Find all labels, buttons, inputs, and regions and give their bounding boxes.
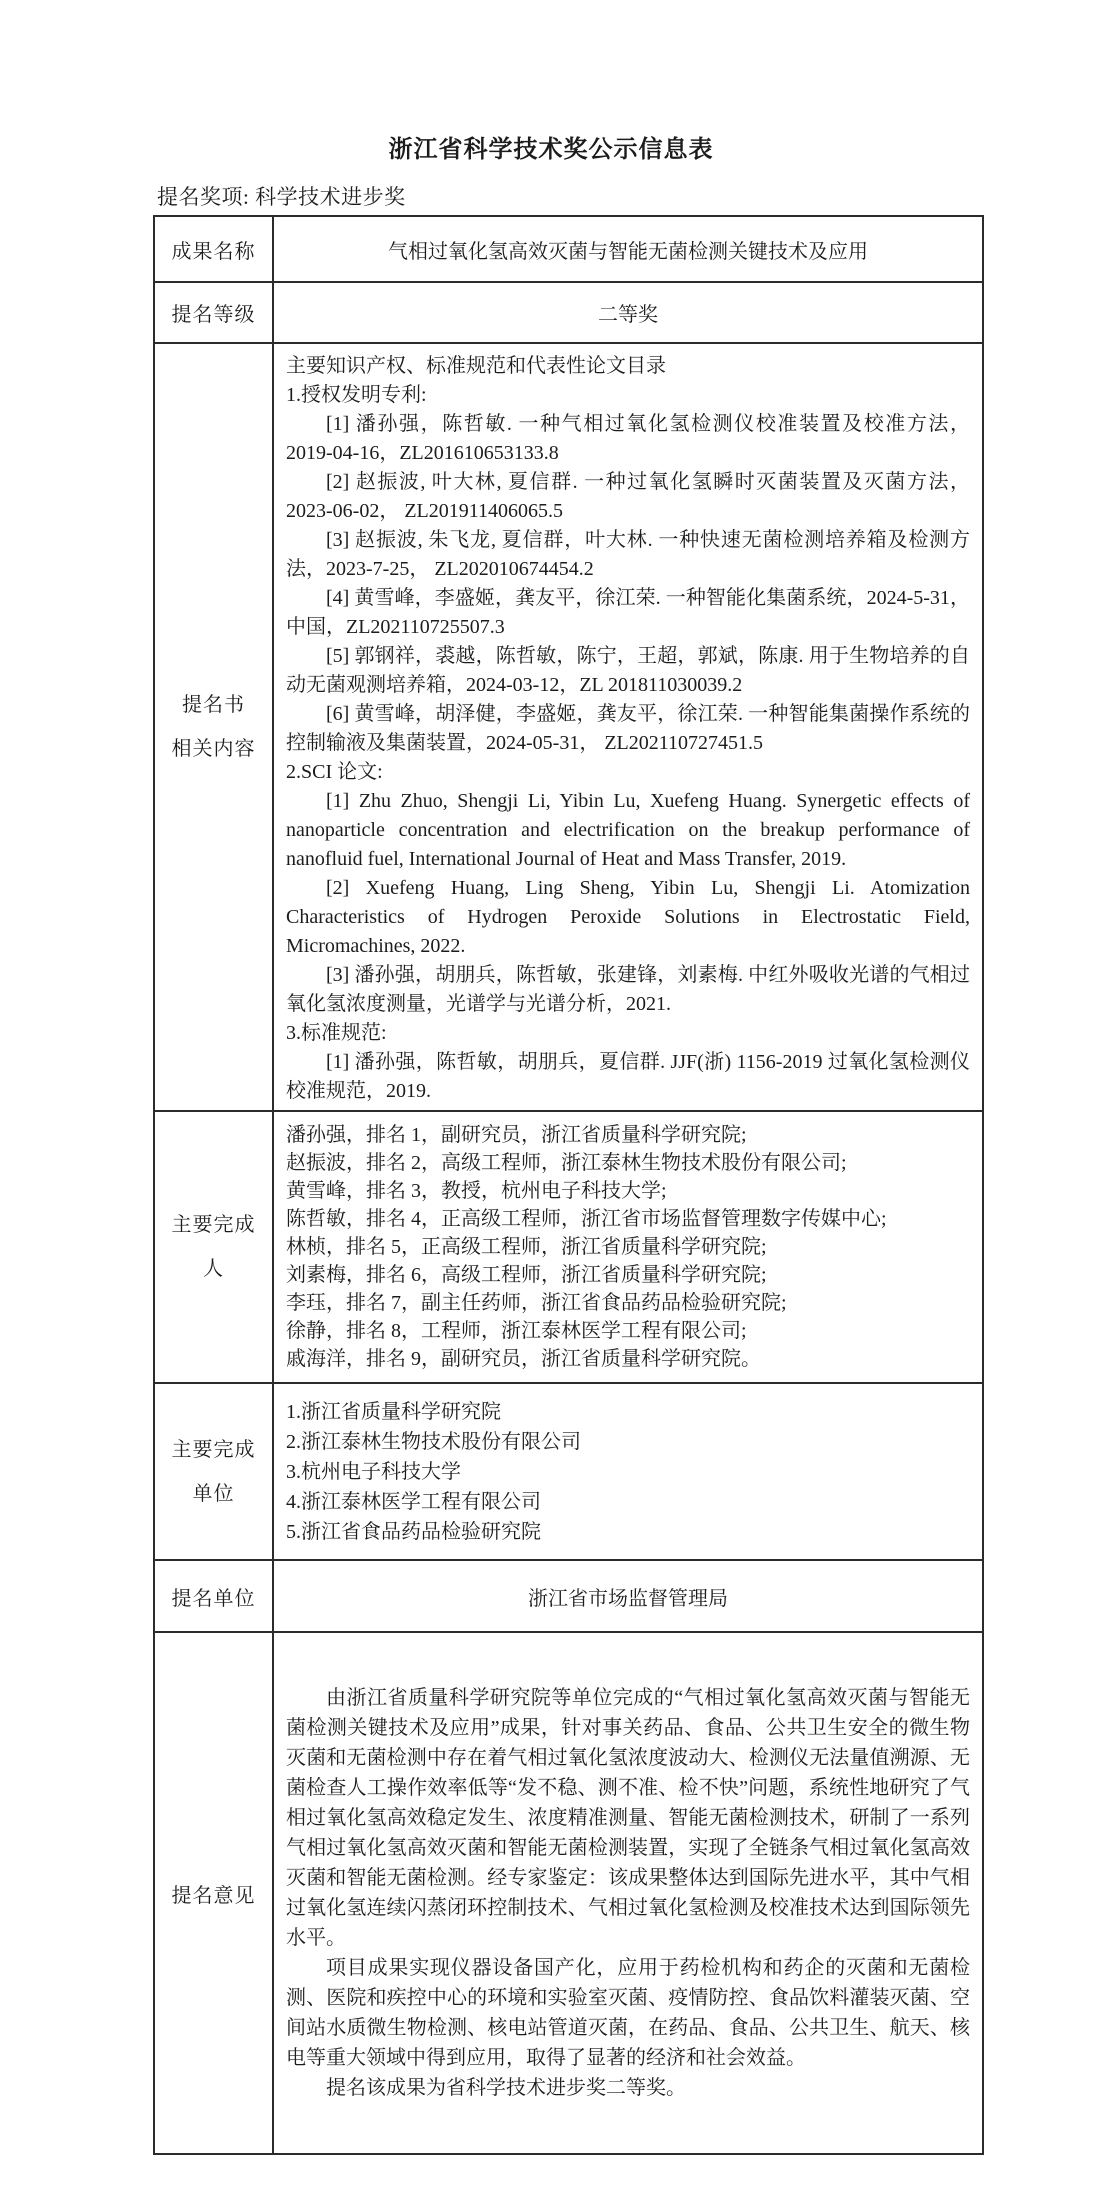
contributor-list: 潘孙强，排名 1，副研究员，浙江省质量科学研究院;赵振波，排名 2，高级工程师，…	[286, 1121, 970, 1373]
nomination-content-label-line2: 相关内容	[157, 727, 270, 771]
contributors-label-line1: 主要完成	[157, 1203, 270, 1247]
patent-item: [1] 潘孙强，陈哲敏. 一种气相过氧化氢检测仪校准装置及校准方法，2019-0…	[286, 410, 970, 468]
unit-item: 4.浙江泰林医学工程有限公司	[286, 1487, 970, 1517]
contributor-item: 黄雪峰，排名 3，教授，杭州电子科技大学;	[286, 1177, 970, 1205]
grade-label: 提名等级	[154, 282, 273, 343]
table-row-grade: 提名等级 二等奖	[154, 282, 983, 343]
units-label-line1: 主要完成	[157, 1428, 270, 1472]
contributors-label: 主要完成 人	[154, 1111, 273, 1383]
standard-section-title: 3.标准规范:	[286, 1019, 970, 1048]
grade-value: 二等奖	[273, 282, 983, 343]
sci-paper-item: [1] Zhu Zhuo, Shengji Li, Yibin Lu, Xuef…	[286, 787, 970, 874]
page-title: 浙江省科学技术奖公示信息表	[0, 0, 1102, 164]
opinion-paragraph: 由浙江省质量科学研究院等单位完成的“气相过氧化氢高效灭菌与智能无菌检测关键技术及…	[286, 1683, 970, 1953]
document-sheet: 浙江省科学技术奖公示信息表 提名奖项: 科学技术进步奖 成果名称 气相过氧化氢高…	[0, 0, 1102, 2187]
unit-list: 1.浙江省质量科学研究院2.浙江泰林生物技术股份有限公司3.杭州电子科技大学4.…	[286, 1397, 970, 1547]
contributor-item: 潘孙强，排名 1，副研究员，浙江省质量科学研究院;	[286, 1121, 970, 1149]
patent-list: [1] 潘孙强，陈哲敏. 一种气相过氧化氢检测仪校准装置及校准方法，2019-0…	[286, 410, 970, 758]
nomination-content-label: 提名书 相关内容	[154, 343, 273, 1111]
achievement-label: 成果名称	[154, 216, 273, 282]
patent-item: [6] 黄雪峰，胡泽健，李盛姬，龚友平，徐江荣. 一种智能集菌操作系统的控制输液…	[286, 700, 970, 758]
table-row-opinion: 提名意见 由浙江省质量科学研究院等单位完成的“气相过氧化氢高效灭菌与智能无菌检测…	[154, 1632, 983, 2154]
opinion-label: 提名意见	[154, 1632, 273, 2154]
table-row-units: 主要完成 单位 1.浙江省质量科学研究院2.浙江泰林生物技术股份有限公司3.杭州…	[154, 1383, 983, 1560]
standard-list: [1] 潘孙强，陈哲敏，胡朋兵，夏信群. JJF(浙) 1156-2019 过氧…	[286, 1048, 970, 1106]
table-row-achievement: 成果名称 气相过氧化氢高效灭菌与智能无菌检测关键技术及应用	[154, 216, 983, 282]
opinion-cell: 由浙江省质量科学研究院等单位完成的“气相过氧化氢高效灭菌与智能无菌检测关键技术及…	[273, 1632, 983, 2154]
table-row-contributors: 主要完成 人 潘孙强，排名 1，副研究员，浙江省质量科学研究院;赵振波，排名 2…	[154, 1111, 983, 1383]
unit-item: 5.浙江省食品药品检验研究院	[286, 1517, 970, 1547]
contributor-item: 戚海洋，排名 9，副研究员，浙江省质量科学研究院。	[286, 1345, 970, 1373]
contributor-item: 徐静，排名 8，工程师，浙江泰林医学工程有限公司;	[286, 1317, 970, 1345]
patent-item: [2] 赵振波, 叶大林, 夏信群. 一种过氧化氢瞬时灭菌装置及灭菌方法，202…	[286, 468, 970, 526]
info-table: 成果名称 气相过氧化氢高效灭菌与智能无菌检测关键技术及应用 提名等级 二等奖 提…	[153, 215, 984, 2155]
units-cell: 1.浙江省质量科学研究院2.浙江泰林生物技术股份有限公司3.杭州电子科技大学4.…	[273, 1383, 983, 1560]
unit-item: 2.浙江泰林生物技术股份有限公司	[286, 1427, 970, 1457]
achievement-value: 气相过氧化氢高效灭菌与智能无菌检测关键技术及应用	[273, 216, 983, 282]
unit-item: 3.杭州电子科技大学	[286, 1457, 970, 1487]
contributor-item: 赵振波，排名 2，高级工程师，浙江泰林生物技术股份有限公司;	[286, 1149, 970, 1177]
nomination-content-cell: 主要知识产权、标准规范和代表性论文目录 1.授权发明专利: [1] 潘孙强，陈哲…	[273, 343, 983, 1111]
contributors-label-line2: 人	[157, 1247, 270, 1291]
content-heading: 主要知识产权、标准规范和代表性论文目录	[286, 352, 970, 381]
patent-item: [3] 赵振波, 朱飞龙, 夏信群，叶大林. 一种快速无菌检测培养箱及检测方法，…	[286, 526, 970, 584]
standard-item: [1] 潘孙强，陈哲敏，胡朋兵，夏信群. JJF(浙) 1156-2019 过氧…	[286, 1048, 970, 1106]
opinion-paragraph: 项目成果实现仪器设备国产化，应用于药检机构和药企的灭菌和无菌检测、医院和疾控中心…	[286, 1953, 970, 2073]
sci-section-title: 2.SCI 论文:	[286, 758, 970, 787]
units-label-line2: 单位	[157, 1472, 270, 1516]
award-category-line: 提名奖项: 科学技术进步奖	[157, 184, 1102, 210]
sci-paper-item: [3] 潘孙强，胡朋兵，陈哲敏，张建锋，刘素梅. 中红外吸收光谱的气相过氧化氢浓…	[286, 961, 970, 1019]
contributor-item: 刘素梅，排名 6，高级工程师，浙江省质量科学研究院;	[286, 1261, 970, 1289]
sci-paper-item: [2] Xuefeng Huang, Ling Sheng, Yibin Lu,…	[286, 874, 970, 961]
nominator-label: 提名单位	[154, 1560, 273, 1632]
opinion-paragraph: 提名该成果为省科学技术进步奖二等奖。	[286, 2073, 970, 2103]
patent-item: [5] 郭钢祥，裘越，陈哲敏，陈宁，王超，郭斌，陈康. 用于生物培养的自动无菌观…	[286, 642, 970, 700]
opinion-paragraphs: 由浙江省质量科学研究院等单位完成的“气相过氧化氢高效灭菌与智能无菌检测关键技术及…	[286, 1683, 970, 2103]
unit-item: 1.浙江省质量科学研究院	[286, 1397, 970, 1427]
sci-paper-list: [1] Zhu Zhuo, Shengji Li, Yibin Lu, Xuef…	[286, 787, 970, 1019]
nominator-value: 浙江省市场监督管理局	[273, 1560, 983, 1632]
contributor-item: 陈哲敏，排名 4，正高级工程师，浙江省市场监督管理数字传媒中心;	[286, 1205, 970, 1233]
table-row-nominator: 提名单位 浙江省市场监督管理局	[154, 1560, 983, 1632]
units-label: 主要完成 单位	[154, 1383, 273, 1560]
table-row-nomination-content: 提名书 相关内容 主要知识产权、标准规范和代表性论文目录 1.授权发明专利: […	[154, 343, 983, 1111]
nomination-content-label-line1: 提名书	[157, 683, 270, 727]
contributor-item: 李珏，排名 7，副主任药师，浙江省食品药品检验研究院;	[286, 1289, 970, 1317]
patent-item: [4] 黄雪峰，李盛姬，龚友平，徐江荣. 一种智能化集菌系统，2024-5-31…	[286, 584, 970, 642]
contributor-item: 林桢，排名 5，正高级工程师，浙江省质量科学研究院;	[286, 1233, 970, 1261]
patent-section-title: 1.授权发明专利:	[286, 381, 970, 410]
contributors-cell: 潘孙强，排名 1，副研究员，浙江省质量科学研究院;赵振波，排名 2，高级工程师，…	[273, 1111, 983, 1383]
